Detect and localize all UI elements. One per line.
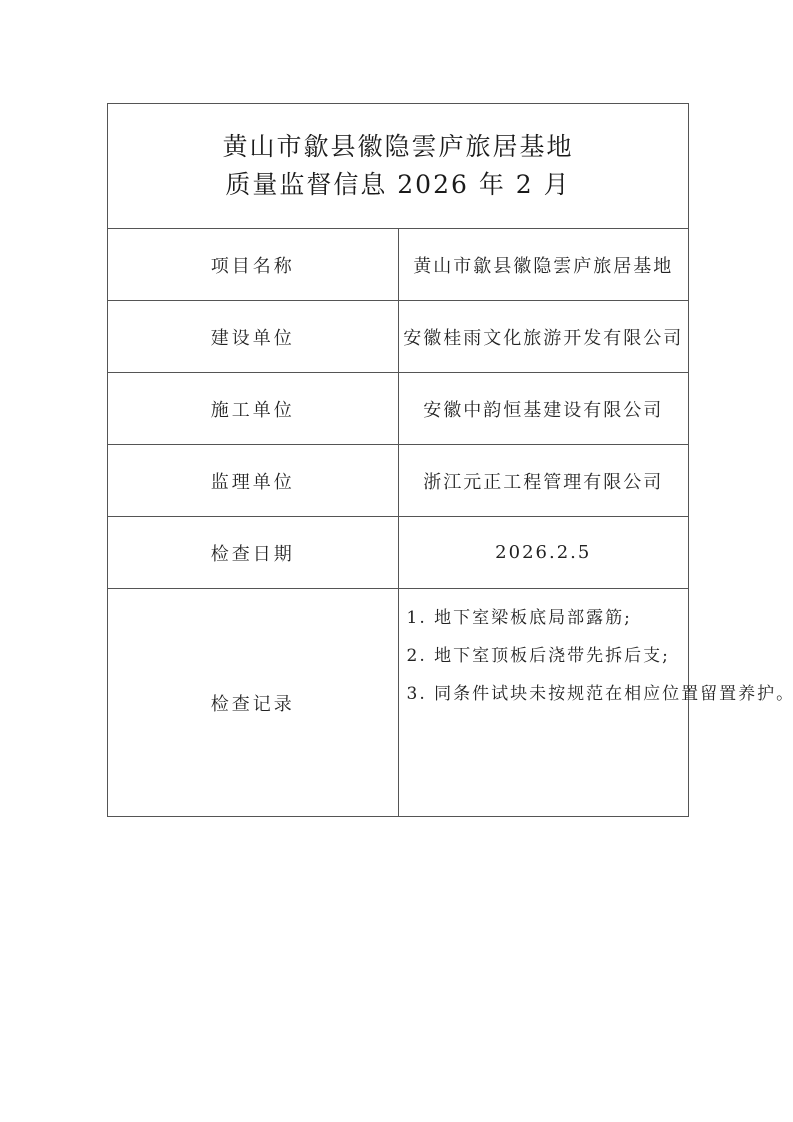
label-inspection-date: 检查日期 [108,517,399,589]
label-contractor: 施工单位 [108,373,399,445]
label-inspection-records: 检查记录 [108,589,399,817]
record-item-3: 3. 同条件试块未按规范在相应位置留置养护。 [407,675,689,713]
value-contractor: 安徽中韵恒基建设有限公司 [398,373,689,445]
record-item-1: 1. 地下室梁板底局部露筋; [407,599,689,637]
label-construction-unit: 建设单位 [108,301,399,373]
title-row: 黄山市歙县徽隐雲庐旅居基地 质量监督信息 2026 年 2 月 [108,104,689,229]
document-title-line-2: 质量监督信息 2026 年 2 月 [108,166,688,204]
table-row-inspection-records: 检查记录 1. 地下室梁板底局部露筋; 2. 地下室顶板后浇带先拆后支; 3. … [108,589,689,817]
table-row-construction-unit: 建设单位 安徽桂雨文化旅游开发有限公司 [108,301,689,373]
value-construction-unit: 安徽桂雨文化旅游开发有限公司 [398,301,689,373]
title-cell: 黄山市歙县徽隐雲庐旅居基地 质量监督信息 2026 年 2 月 [108,104,689,229]
table-row-inspection-date: 检查日期 2026.2.5 [108,517,689,589]
label-supervisor: 监理单位 [108,445,399,517]
inspection-records-list: 1. 地下室梁板底局部露筋; 2. 地下室顶板后浇带先拆后支; 3. 同条件试块… [398,589,689,817]
table-row-project-name: 项目名称 黄山市歙县徽隐雲庐旅居基地 [108,229,689,301]
quality-supervision-table: 黄山市歙县徽隐雲庐旅居基地 质量监督信息 2026 年 2 月 项目名称 黄山市… [107,103,689,817]
value-supervisor: 浙江元正工程管理有限公司 [398,445,689,517]
record-item-2: 2. 地下室顶板后浇带先拆后支; [407,637,689,675]
table-row-contractor: 施工单位 安徽中韵恒基建设有限公司 [108,373,689,445]
value-inspection-date: 2026.2.5 [398,517,689,589]
table-row-supervisor: 监理单位 浙江元正工程管理有限公司 [108,445,689,517]
value-project-name: 黄山市歙县徽隐雲庐旅居基地 [398,229,689,301]
document-title-line-1: 黄山市歙县徽隐雲庐旅居基地 [108,128,688,166]
label-project-name: 项目名称 [108,229,399,301]
